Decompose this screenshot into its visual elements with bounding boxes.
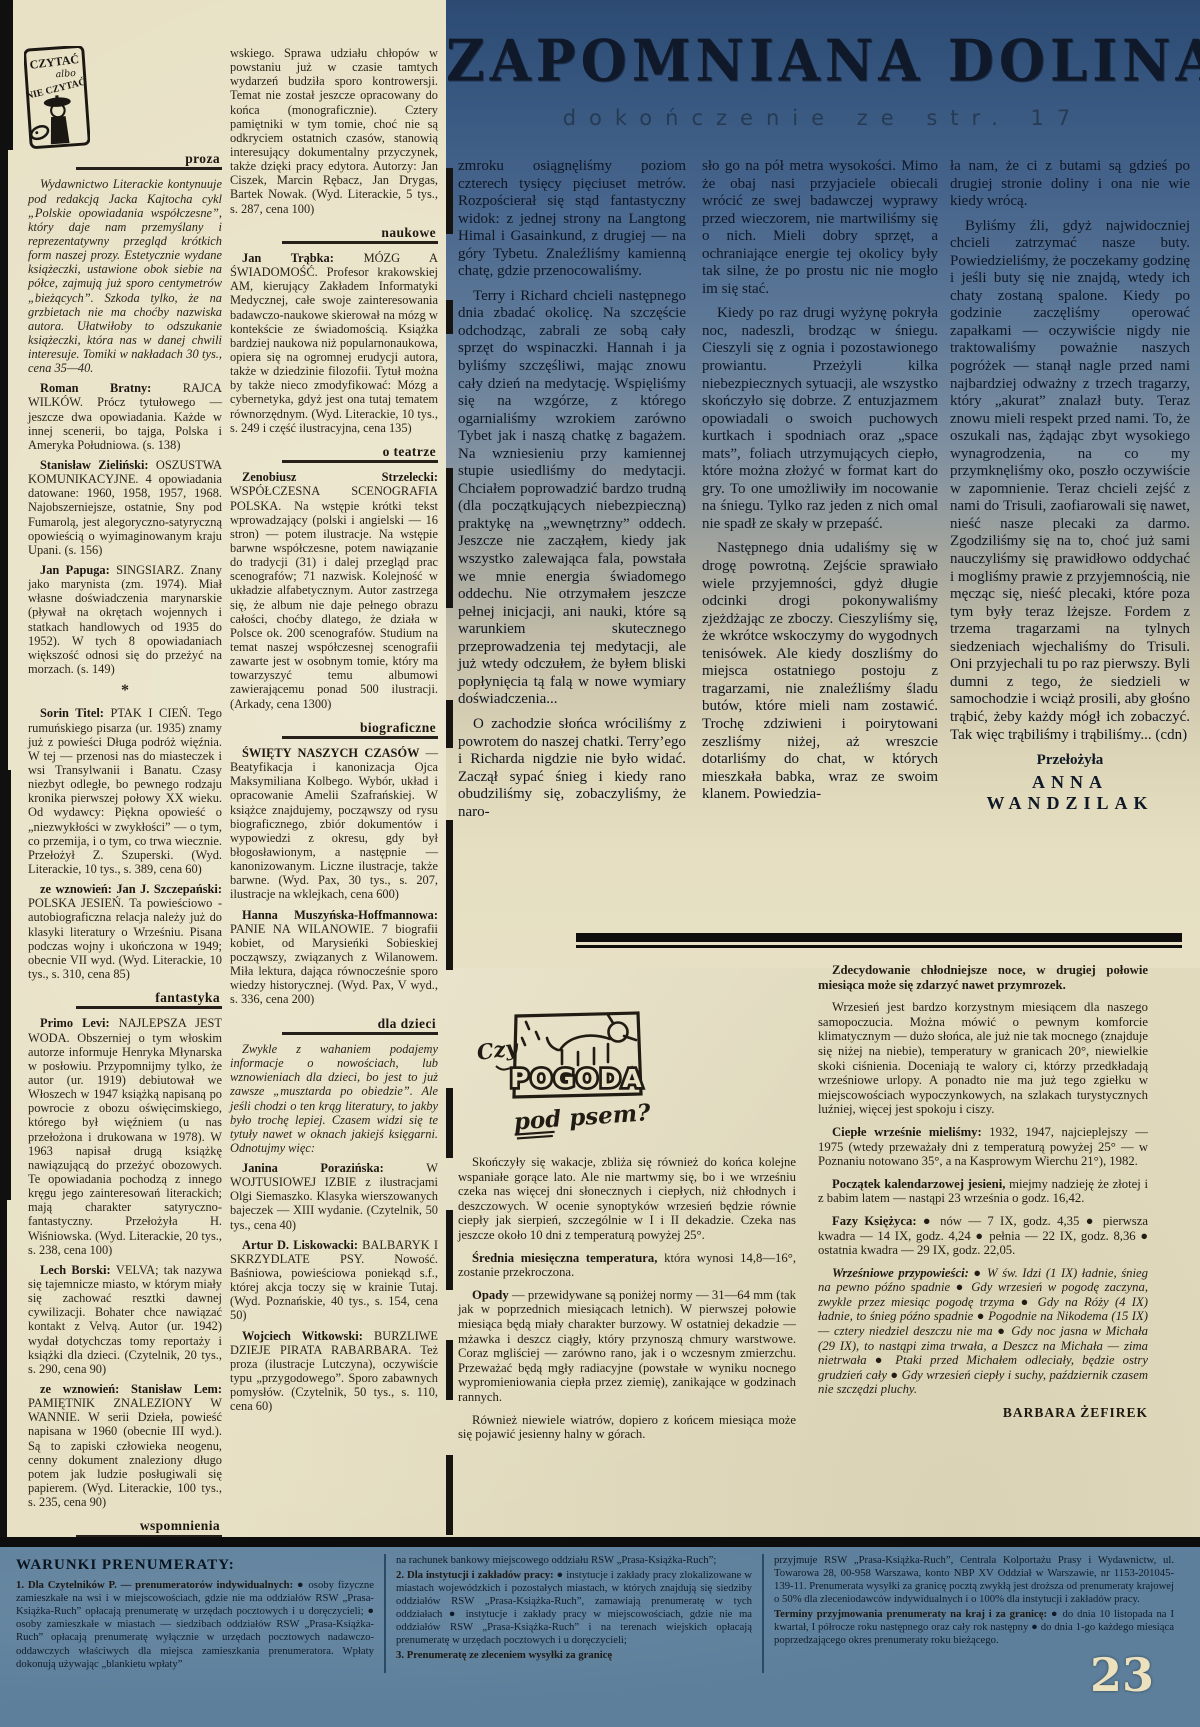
review-lead: ze wznowień: Jan J. Szczepański: [40, 882, 222, 896]
story-paragraph: Następnego dnia udaliśmy się w drogę pow… [702, 540, 938, 803]
registration-dash [446, 1455, 453, 1535]
subscription-paragraph: 3. Prenumeratę ze zleceniem wysyłki za g… [396, 1649, 752, 1662]
section-header: proza [76, 151, 222, 170]
story-paragraph: Terry i Richard chcieli następnego dnia … [458, 288, 686, 709]
subscription-lead: 1. Dla Czytelników P. — prenumeratorów i… [16, 1579, 297, 1591]
weather-lead: Wrześniowe przypowieści: [832, 1266, 973, 1280]
weather-column-right: Zdecydowanie chłodniejsze noce, w drugie… [818, 963, 1148, 1421]
page-number: 23 [1090, 1648, 1154, 1702]
weather-paragraph: Wrześniowe przypowieści: ● W św. Idzi (1… [818, 1266, 1148, 1397]
review-lead: Jan Papuga: [40, 563, 116, 577]
registration-dash [446, 700, 453, 748]
feature-subtitle: dokończenie ze str. 17 [446, 106, 1200, 130]
section-rule [576, 933, 1182, 948]
review-paragraph: Roman Bratny: RAJCA WILKÓW. Prócz tytuło… [28, 381, 222, 452]
subscription-paragraph: 2. Dla instytucji i zakładów pracy: ● in… [396, 1569, 752, 1647]
registration-dash [446, 1340, 453, 1400]
weather-lead: Średnia miesięczna temperatura, [472, 1251, 664, 1265]
translator-byline: Przełożyła ANNA WANDZILAK [950, 752, 1190, 814]
story-paragraph: sło go na pół metra wysokości. Mimo że o… [702, 158, 938, 298]
byline-label: Przełożyła [950, 752, 1190, 770]
read-or-not-stamp-icon: CZYTAĆ albo NIE CZYTAĆ [24, 46, 90, 150]
reviews-column-2: wskiego. Sprawa udziału chłopów w powsta… [230, 46, 438, 1419]
story-paragraph: Kiedy po raz drugi wyżynę pokryła noc, n… [702, 305, 938, 533]
review-lead: Jan Trąbka: [242, 251, 364, 265]
svg-text:POGODA: POGODA [510, 1064, 643, 1093]
review-paragraph: Stanisław Zieliński: OSZUSTWA KOMUNIKACY… [28, 458, 222, 557]
weather-paragraph: Wrzesień jest bardzo korzystnym miesiące… [818, 1000, 1148, 1117]
subscription-lead: Terminy przyjmowania prenumeraty na kraj… [774, 1608, 1051, 1620]
section-header: o teatrze [282, 444, 438, 463]
weather-paragraph: Ciepłe wrześnie mieliśmy: 1932, 1947, na… [818, 1125, 1148, 1169]
subscription-band: WARUNKI PRENUMERATY: 1. Dla Czytelników … [0, 1537, 1200, 1727]
review-paragraph: wskiego. Sprawa udziału chłopów w powsta… [230, 46, 438, 216]
registration-dash [446, 1210, 453, 1290]
review-paragraph: Wydawnictwo Literackie kontynuuje pod re… [28, 177, 222, 375]
review-paragraph: Lech Borski: VELVA; tak nazywa się tajem… [28, 1263, 222, 1376]
subscription-title: WARUNKI PRENUMERATY: [16, 1556, 374, 1574]
subscription-column-1: WARUNKI PRENUMERATY: 1. Dla Czytelników … [16, 1554, 384, 1673]
scan-edge-mark [0, 1200, 7, 1540]
subscription-column-2: na rachunek bankowy miejscowego oddziału… [384, 1554, 762, 1673]
weather-column-left: Skończyły się wakacje, zbliża się równie… [458, 1155, 796, 1450]
section-header: fantastyka [76, 990, 222, 1009]
review-paragraph: Jan Trąbka: MÓZG A ŚWIADOMOŚĆ. Profesor … [230, 251, 438, 435]
review-lead: Artur D. Liskowacki: [242, 1238, 362, 1252]
weather-lead: Opady [472, 1288, 512, 1302]
review-paragraph: Primo Levi: NAJLEPSZA JEST WODA. Obszern… [28, 1016, 222, 1256]
palette-icon [29, 124, 50, 142]
subscription-col1-text: 1. Dla Czytelników P. — prenumeratorów i… [16, 1579, 374, 1670]
byline-name: ANNA WANDZILAK [950, 772, 1190, 814]
review-lead: Primo Levi: [40, 1016, 119, 1030]
story-column-1: zmroku osiągnęliśmy poziom czterech tysi… [458, 158, 686, 828]
review-paragraph: Zenobiusz Strzelecki: WSPÓŁCZESNA SCENOG… [230, 470, 438, 710]
review-paragraph: ze wznowień: Jan J. Szczepański: POLSKA … [28, 882, 222, 981]
subscription-paragraph: 1. Dla Czytelników P. — prenumeratorów i… [16, 1579, 374, 1670]
weather-right-text: Zdecydowanie chłodniejsze noce, w drugie… [818, 963, 1148, 1397]
newspaper-page: ZAPOMNIANA DOLINA dokończenie ze str. 17… [0, 0, 1200, 1727]
review-lead: ŚWIĘTY NASZYCH CZASÓW [242, 746, 426, 760]
review-lead: Wojciech Witkowski: [242, 1329, 374, 1343]
subscription-paragraph: przyjmuje RSW „Prasa-Książka-Ruch”, Cent… [774, 1554, 1174, 1606]
review-lead: Roman Bratny: [40, 381, 183, 395]
review-paragraph: Zwykle z wahaniem podajemy informacje o … [230, 1042, 438, 1155]
weather-paragraph: Opady — przewidywane są poniżej normy — … [458, 1288, 796, 1405]
weather-paragraph: Fazy Księżyca: ● nów — 7 IX, godz. 4,35 … [818, 1214, 1148, 1258]
weather-lead: Początek kalendarzowej jesieni, [832, 1177, 1009, 1191]
review-lead: ze wznowień: Stanisław Lem: [40, 1382, 222, 1396]
dog-doodle-icon [522, 1015, 636, 1065]
painter-body-icon [49, 116, 70, 144]
review-paragraph: Wojciech Witkowski: BURZLIWE DZIEJE PIRA… [230, 1329, 438, 1414]
review-paragraph: Artur D. Liskowacki: BALBARYK I SKRZYDLA… [230, 1238, 438, 1323]
section-header: dla dzieci [282, 1016, 438, 1035]
registration-dash [446, 820, 453, 970]
reviews-column-1: prozaWydawnictwo Literackie kontynuuje p… [28, 142, 222, 1607]
subscription-paragraph: na rachunek bankowy miejscowego oddziału… [396, 1554, 752, 1567]
review-lead: Zenobiusz Strzelecki: [242, 470, 438, 484]
weather-signature: BARBARA ŻEFIREK [818, 1405, 1148, 1421]
registration-dash [446, 168, 453, 234]
review-paragraph: Hanna Muszyńska-Hoffmannowa: PANIE NA WI… [230, 908, 438, 1007]
weather-lead: Ciepłe wrześnie mieliśmy: [832, 1125, 989, 1139]
story-paragraph: Byliśmy źli, gdyż najwidoczniej chcieli … [950, 218, 1190, 744]
review-lead: Stanisław Zieliński: [40, 458, 156, 472]
scan-edge-mark [0, 770, 11, 1200]
pogoda-weather-logo-icon: Czy POGODA pod psem? [466, 1008, 676, 1148]
story-column-3: ła nam, że ci z butami są gdzieś po drug… [950, 158, 1190, 814]
review-paragraph: Janina Porazińska: W WOJTUSIOWEJ IZBIE z… [230, 1161, 438, 1232]
weather-paragraph: Średnia miesięczna temperatura, która wy… [458, 1251, 796, 1280]
section-header: naukowe [282, 225, 438, 244]
subscription-lead: 2. Dla instytucji i zakładów pracy: [396, 1569, 557, 1581]
registration-dash [446, 1088, 453, 1158]
review-paragraph: Sorin Titel: PTAK I CIEŃ. Tego rumuńskie… [28, 706, 222, 876]
review-paragraph: Jan Papuga: SINGSIARZ. Znany jako maryni… [28, 563, 222, 676]
story-column-3-text: ła nam, że ci z butami są gdzieś po drug… [950, 158, 1190, 744]
story-column-2: sło go na pół metra wysokości. Mimo że o… [702, 158, 938, 811]
registration-dash [446, 300, 453, 334]
weather-paragraph: Skończyły się wakacje, zbliża się równie… [458, 1155, 796, 1243]
registration-dash [446, 468, 453, 608]
separator-star: * [28, 682, 222, 700]
review-lead: Janina Porazińska: [242, 1161, 426, 1175]
review-paragraph: ŚWIĘTY NASZYCH CZASÓW — Beatyfikacja i k… [230, 746, 438, 902]
subscription-lead: 3. Prenumeratę ze zleceniem wysyłki za g… [396, 1649, 612, 1661]
story-paragraph: ła nam, że ci z butami są gdzieś po drug… [950, 158, 1190, 211]
scan-edge-mark [0, 150, 8, 770]
review-paragraph: ze wznowień: Stanisław Lem: PAMIĘTNIK ZN… [28, 1382, 222, 1509]
story-paragraph: zmroku osiągnęliśmy poziom czterech tysi… [458, 158, 686, 281]
svg-text:pod psem?: pod psem? [513, 1099, 652, 1136]
review-lead: Hanna Muszyńska-Hoffmannowa: [242, 908, 438, 922]
weather-paragraph: Zdecydowanie chłodniejsze noce, w drugie… [818, 963, 1148, 992]
weather-lead: Fazy Księżyca: [832, 1214, 923, 1228]
feature-headline: ZAPOMNIANA DOLINA [446, 28, 1200, 95]
section-header: biograficzne [282, 720, 438, 739]
review-lead: Sorin Titel: [40, 706, 110, 720]
review-lead: Lech Borski: [40, 1263, 116, 1277]
section-header: wspomnienia [76, 1518, 222, 1537]
weather-paragraph: Również niewiele wiatrów, dopiero z końc… [458, 1413, 796, 1442]
subscription-paragraph: Terminy przyjmowania prenumeraty na kraj… [774, 1608, 1174, 1647]
story-paragraph: O zachodzie słońca wróciliśmy z powrotem… [458, 716, 686, 821]
scan-edge-mark [0, 0, 13, 150]
weather-paragraph: Początek kalendarzowej jesieni, miejmy n… [818, 1177, 1148, 1206]
